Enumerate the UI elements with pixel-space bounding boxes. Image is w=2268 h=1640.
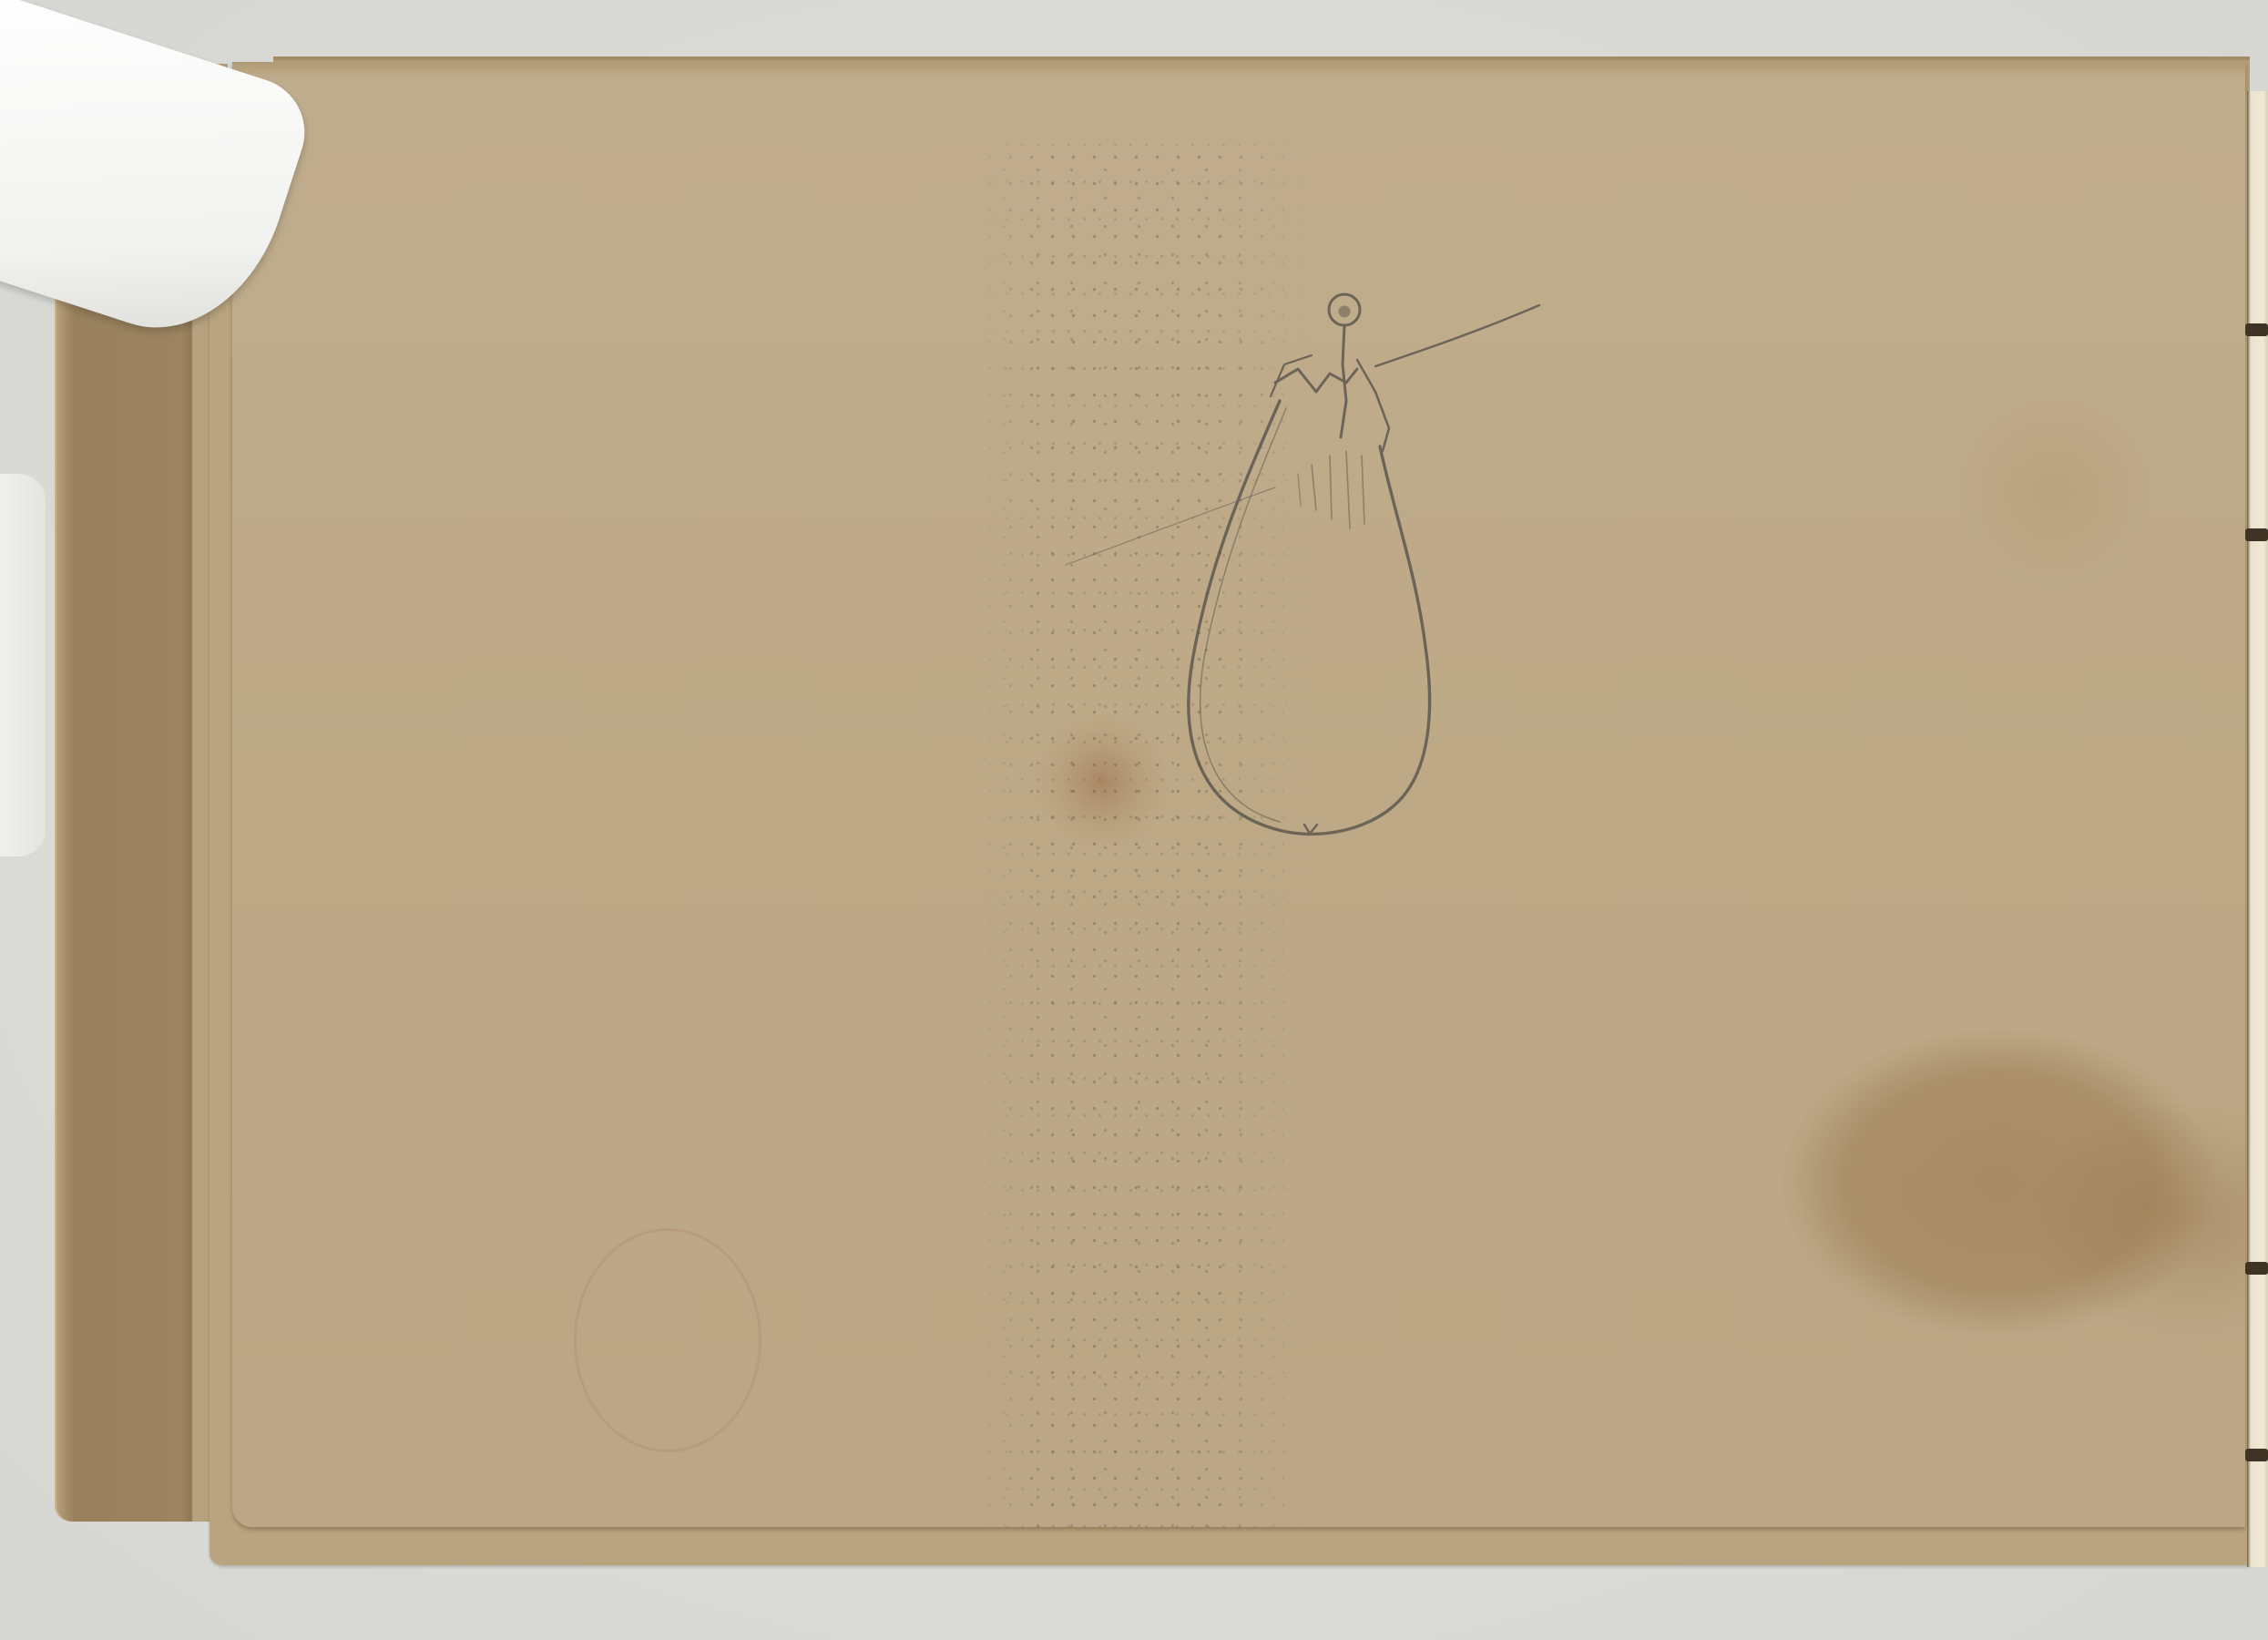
stray-line-left (1066, 487, 1275, 565)
fruit-outline (1189, 401, 1430, 834)
pencil-fruit-sketch (0, 0, 2268, 1640)
spine-stitch (2245, 1449, 2268, 1461)
blossom-end (1304, 825, 1317, 834)
spine-stitch (2245, 1262, 2268, 1275)
spine-stitch (2245, 528, 2268, 541)
stray-line-right (1375, 305, 1539, 366)
holding-clip-lower (0, 474, 46, 856)
spine-stitch (2245, 323, 2268, 336)
stitched-spine (2247, 91, 2268, 1567)
scan-scene: Open sketchbook with a pencil drawing of… (0, 0, 2268, 1640)
